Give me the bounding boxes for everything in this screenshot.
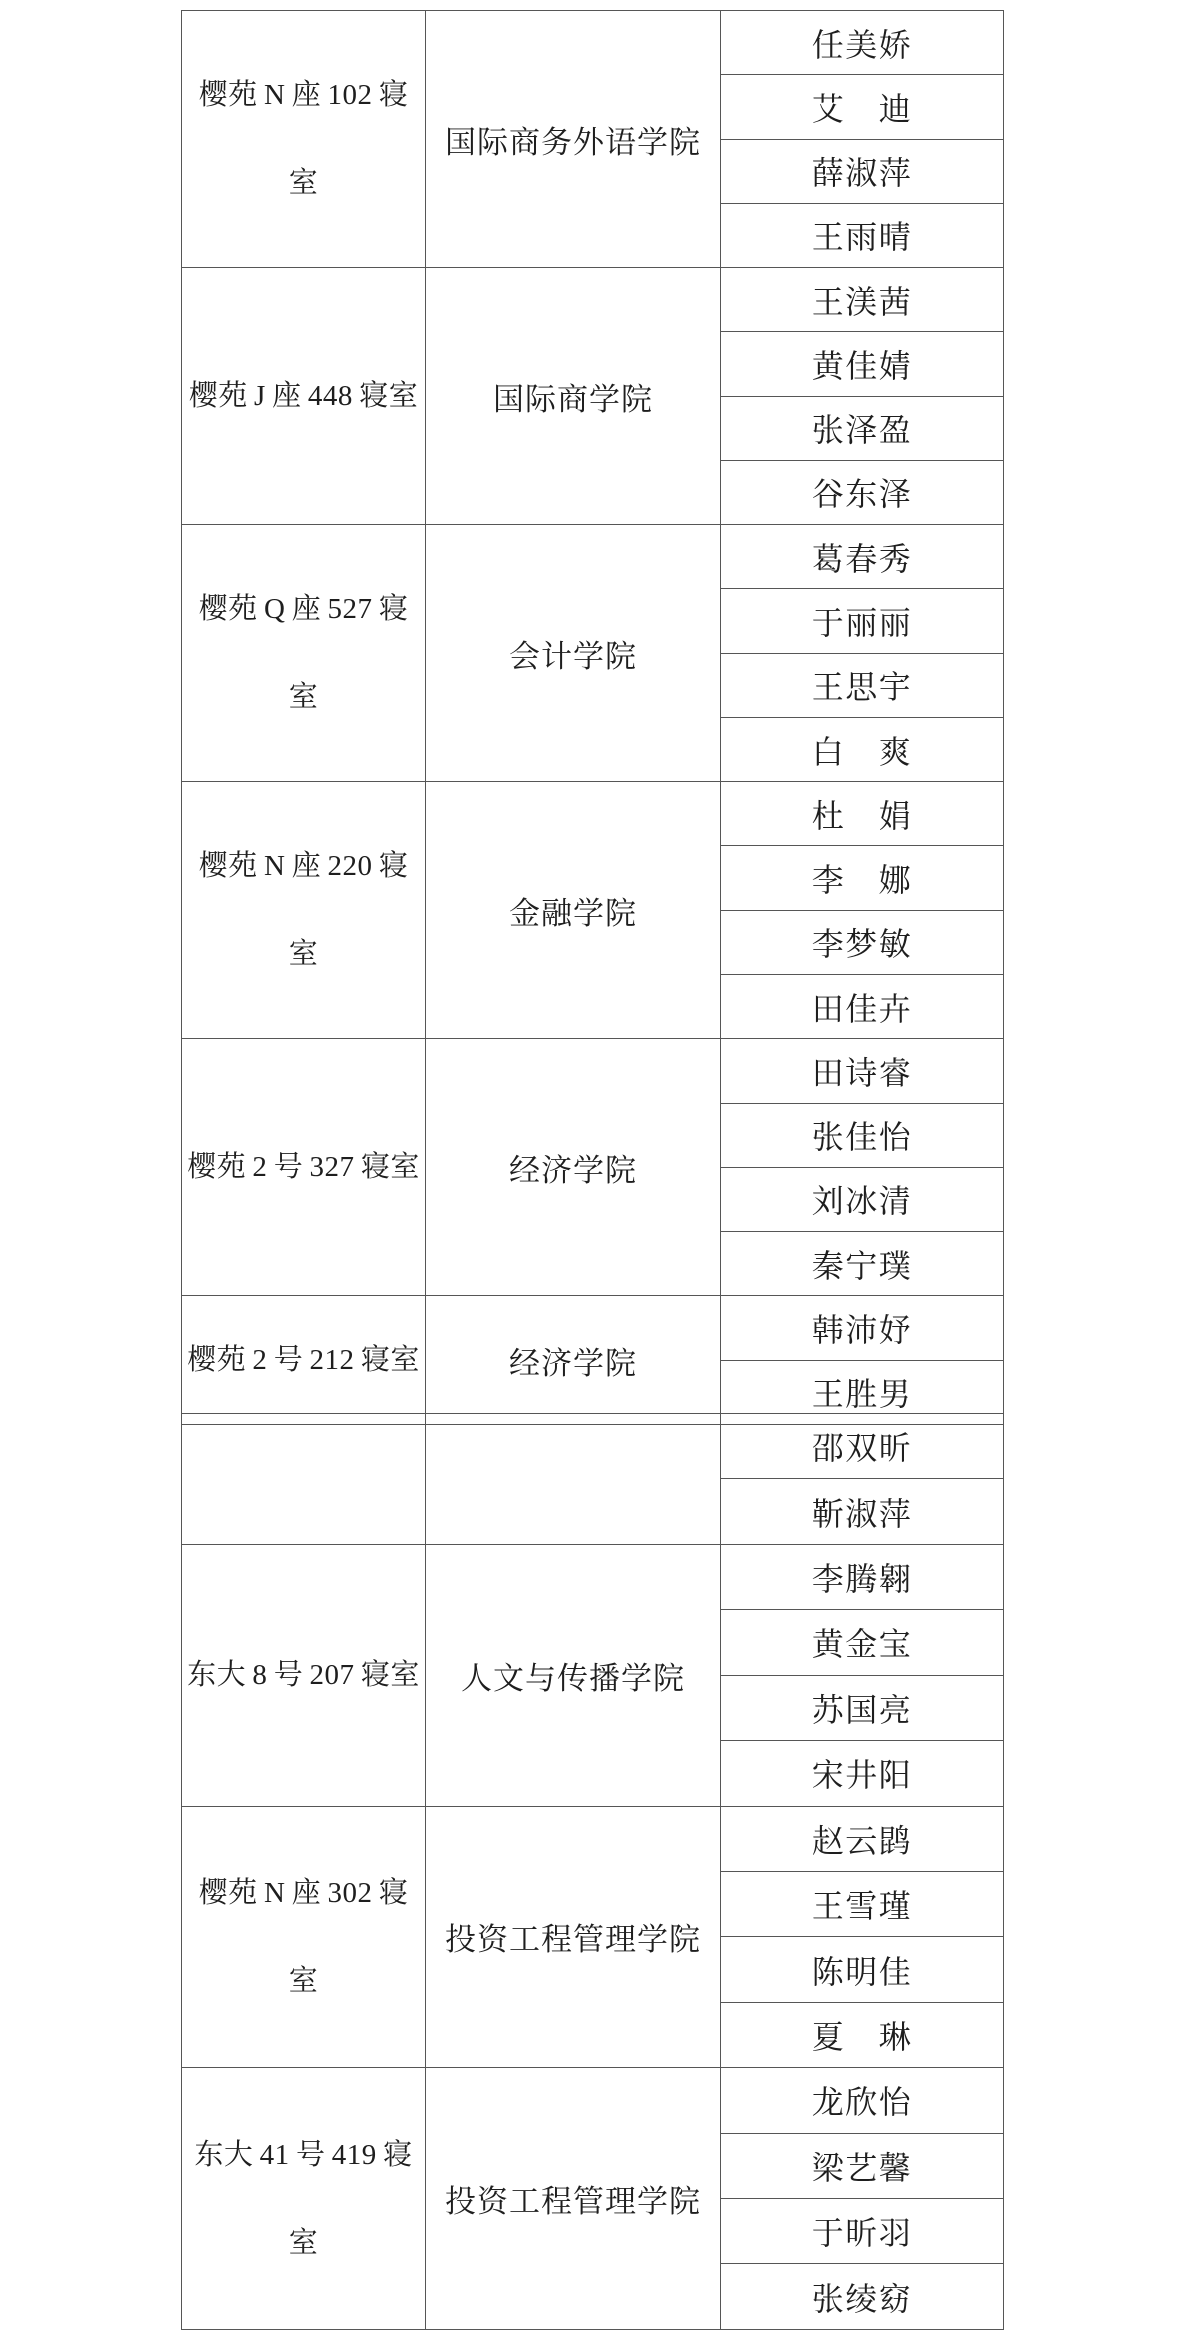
student-name-cell: 赵云鹍 [721,1806,1004,1871]
room-cell: 樱苑 Q 座 527 寝室 [182,525,426,782]
student-name-cell: 于昕羽 [721,2199,1004,2264]
college-cell: 国际商务外语学院 [426,11,721,268]
college-cell: 金融学院 [426,782,721,1039]
student-name-cell: 葛春秀 [721,525,1004,589]
student-name-cell: 张佳怡 [721,1103,1004,1167]
student-name-cell: 李 娜 [721,846,1004,910]
college-cell: 投资工程管理学院 [426,2068,721,2330]
dorm-table-upper: 樱苑 N 座 102 寝室 国际商务外语学院 任美娇 艾 迪 薛淑萍 王雨晴 樱… [181,10,1004,1425]
dorm-table-lower: 邵双昕 靳淑萍 东大 8 号 207 寝室 人文与传播学院 李腾翱 黄金宝 苏国… [181,1413,1004,2330]
room-cell: 樱苑 N 座 102 寝室 [182,11,426,268]
student-name-cell: 张绫窈 [721,2264,1004,2329]
student-name-cell: 田佳卉 [721,974,1004,1038]
student-name-cell: 王雨晴 [721,203,1004,267]
student-name-cell: 黄佳婧 [721,332,1004,396]
college-cell: 国际商学院 [426,268,721,525]
student-name-cell: 薛淑萍 [721,139,1004,203]
student-name-cell: 李梦敏 [721,910,1004,974]
college-cell: 经济学院 [426,1039,721,1296]
student-name-cell: 靳淑萍 [721,1479,1004,1544]
student-name-cell: 艾 迪 [721,75,1004,139]
student-name-cell: 龙欣怡 [721,2068,1004,2133]
student-name-cell: 黄金宝 [721,1610,1004,1675]
student-name-cell: 田诗睿 [721,1039,1004,1103]
student-name-cell: 于丽丽 [721,589,1004,653]
student-name-cell: 陈明佳 [721,1937,1004,2002]
room-cell: 樱苑 N 座 302 寝室 [182,1806,426,2068]
student-name-cell: 秦宁璞 [721,1232,1004,1296]
student-name-cell: 白 爽 [721,717,1004,781]
room-cell: 东大 41 号 419 寝室 [182,2068,426,2330]
room-cell: 樱苑 N 座 220 寝室 [182,782,426,1039]
student-name-cell: 梁艺馨 [721,2133,1004,2198]
student-name-cell: 苏国亮 [721,1675,1004,1740]
student-name-cell: 王雪瑾 [721,1871,1004,1936]
student-name-cell: 王渼茜 [721,268,1004,332]
student-name-cell: 任美娇 [721,11,1004,75]
room-cell: 樱苑 2 号 212 寝室 [182,1296,426,1425]
student-name-cell: 李腾翱 [721,1544,1004,1609]
room-cell-empty [182,1414,426,1545]
room-cell: 樱苑 2 号 327 寝室 [182,1039,426,1296]
student-name-cell: 刘冰清 [721,1167,1004,1231]
college-cell: 会计学院 [426,525,721,782]
room-cell: 樱苑 J 座 448 寝室 [182,268,426,525]
student-name-cell: 韩沛妤 [721,1296,1004,1360]
college-cell: 经济学院 [426,1296,721,1425]
college-cell: 人文与传播学院 [426,1544,721,1806]
student-name-cell: 宋井阳 [721,1741,1004,1806]
student-name-cell: 邵双昕 [721,1414,1004,1479]
student-name-cell: 谷东泽 [721,460,1004,524]
student-name-cell: 王思宇 [721,653,1004,717]
room-cell: 东大 8 号 207 寝室 [182,1544,426,1806]
document-page: 樱苑 N 座 102 寝室 国际商务外语学院 任美娇 艾 迪 薛淑萍 王雨晴 樱… [0,0,1200,2346]
student-name-cell: 张泽盈 [721,396,1004,460]
student-name-cell: 夏 琳 [721,2002,1004,2067]
college-cell: 投资工程管理学院 [426,1806,721,2068]
college-cell-empty [426,1414,721,1545]
student-name-cell: 杜 娟 [721,782,1004,846]
